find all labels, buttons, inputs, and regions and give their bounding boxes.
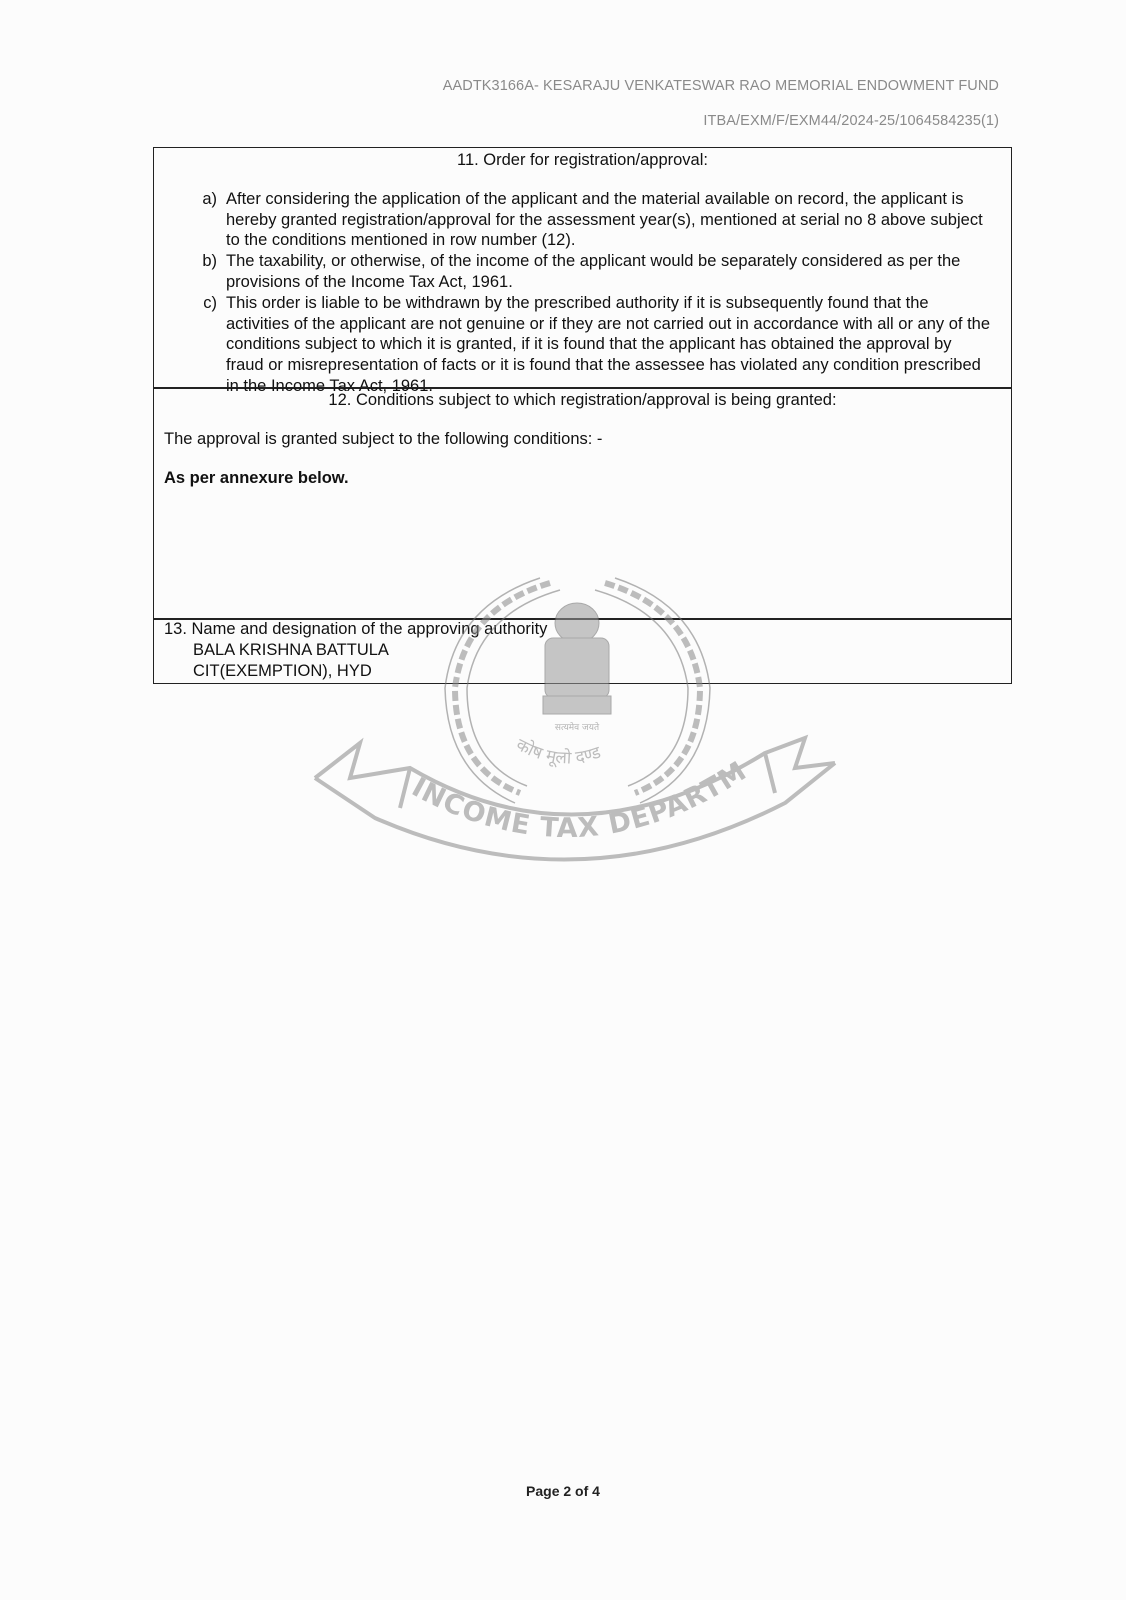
clause-marker: a) (154, 189, 226, 251)
section-order-for-registration: 11. Order for registration/approval: a) … (153, 147, 1012, 389)
svg-text:सत्यमेव जयते: सत्यमेव जयते (555, 721, 600, 733)
order-clauses-list: a) After considering the application of … (154, 189, 1011, 397)
document-header-assessee: AADTK3166A- KESARAJU VENKATESWAR RAO MEM… (443, 78, 999, 94)
clause-text: This order is liable to be withdrawn by … (226, 293, 1011, 397)
list-item: c) This order is liable to be withdrawn … (154, 293, 1011, 397)
section-13-title: 13. Name and designation of the approvin… (154, 619, 1011, 640)
clause-text: The taxability, or otherwise, of the inc… (226, 251, 1011, 293)
section-12-title: 12. Conditions subject to which registra… (154, 388, 1011, 411)
conditions-annexure-note: As per annexure below. (164, 468, 1011, 489)
section-conditions: 12. Conditions subject to which registra… (153, 387, 1012, 620)
authority-designation: CIT(EXEMPTION), HYD (164, 661, 1011, 682)
document-reference-number: ITBA/EXM/F/EXM44/2024-25/1064584235(1) (703, 113, 999, 129)
section-approving-authority: 13. Name and designation of the approvin… (153, 618, 1012, 684)
clause-marker: b) (154, 251, 226, 293)
svg-text:कोष मूलो दण्ड: कोष मूलो दण्ड (513, 734, 604, 769)
authority-name: BALA KRISHNA BATTULA (164, 640, 1011, 661)
list-item: a) After considering the application of … (154, 189, 1011, 251)
clause-text: After considering the application of the… (226, 189, 1011, 251)
list-item: b) The taxability, or otherwise, of the … (154, 251, 1011, 293)
section-11-title: 11. Order for registration/approval: (154, 148, 1011, 171)
conditions-intro: The approval is granted subject to the f… (164, 429, 1011, 450)
page-number: Page 2 of 4 (0, 1483, 1126, 1499)
clause-marker: c) (154, 293, 226, 397)
